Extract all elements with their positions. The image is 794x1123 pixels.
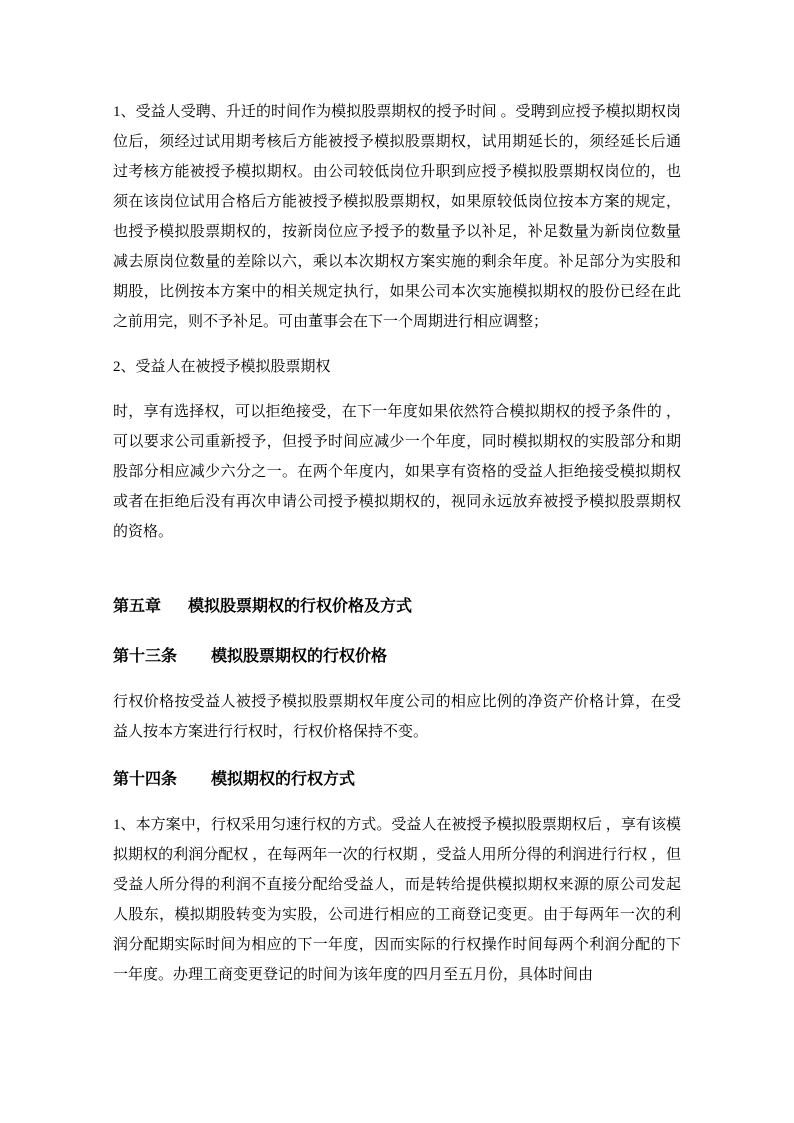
paragraph-beneficiary-granted-intro: 2、受益人在被授予模拟股票期权 xyxy=(113,352,681,382)
article-13-number: 第十三条 xyxy=(113,648,177,665)
document-page: 1、受益人受聘、升迁的时间作为模拟股票期权的授予时间 。受聘到应授予模拟期权岗位… xyxy=(0,0,794,1123)
paragraph-exercise-price: 行权价格按受益人被授予模拟股票期权年度公司的相应比例的净资产价格计算，在受益人按… xyxy=(113,687,681,747)
paragraph-right-of-choice: 时，享有选择权，可以拒绝接受，在下一年度如果依然符合模拟期权的授予条件的 ，可以… xyxy=(113,397,681,547)
article-14-title: 模拟期权的行权方式 xyxy=(211,771,355,788)
article-14-number: 第十四条 xyxy=(113,771,177,788)
article-14-heading: 第十四条模拟期权的行权方式 xyxy=(113,765,681,795)
article-13-heading: 第十三条模拟股票期权的行权价格 xyxy=(113,642,681,672)
article-13-title: 模拟股票期权的行权价格 xyxy=(211,648,387,665)
paragraph-grant-time-rules: 1、受益人受聘、升迁的时间作为模拟股票期权的授予时间 。受聘到应授予模拟期权岗位… xyxy=(113,97,681,337)
chapter-5-number: 第五章 xyxy=(113,598,161,615)
paragraph-exercise-method: 1、本方案中，行权采用匀速行权的方式。受益人在被授予模拟股票期权后 ，享有该模拟… xyxy=(113,810,681,990)
chapter-5-heading: 第五章模拟股票期权的行权价格及方式 xyxy=(113,592,681,622)
chapter-5-title: 模拟股票期权的行权价格及方式 xyxy=(188,598,412,615)
